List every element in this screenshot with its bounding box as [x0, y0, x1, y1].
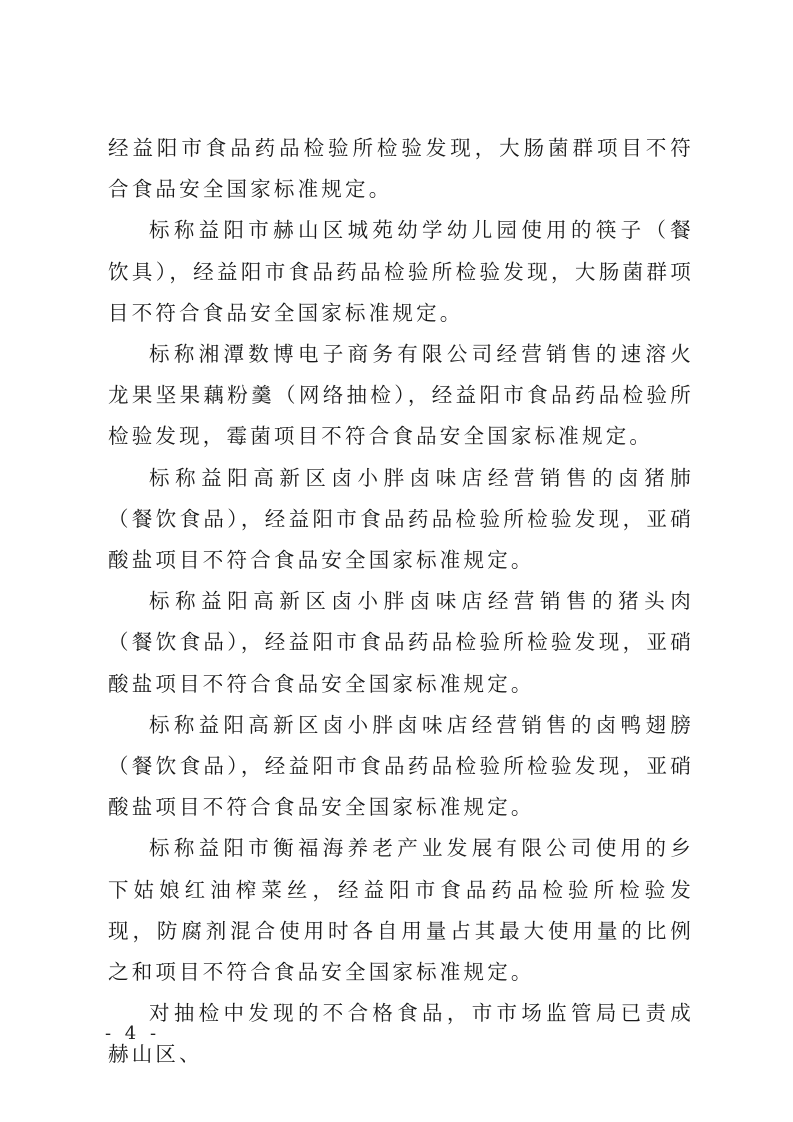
document-body: 经益阳市食品药品检验所检验发现，大肠菌群项目不符合食品安全国家标准规定。 标称益… — [108, 128, 694, 1076]
paragraph-pig-head-meat: 标称益阳高新区卤小胖卤味店经营销售的猪头肉（餐饮食品），经益阳市食品药品检验所检… — [108, 581, 694, 705]
paragraph-chopsticks: 标称益阳市赫山区城苑幼学幼儿园使用的筷子（餐饮具），经益阳市食品药品检验所检验发… — [108, 210, 694, 334]
paragraph-enforcement: 对抽检中发现的不合格食品，市市场监管局已责成赫山区、 — [108, 993, 694, 1075]
paragraph-lotus-root-powder: 标称湘潭数博电子商务有限公司经营销售的速溶火龙果坚果藕粉羹（网络抽检），经益阳市… — [108, 334, 694, 458]
paragraph-braised-pork-lung: 标称益阳高新区卤小胖卤味店经营销售的卤猪肺（餐饮食品），经益阳市食品药品检验所检… — [108, 458, 694, 582]
paragraph-pickled-mustard: 标称益阳市衡福海养老产业发展有限公司使用的乡下姑娘红油榨菜丝，经益阳市食品药品检… — [108, 828, 694, 993]
paragraph-braised-duck-wings: 标称益阳高新区卤小胖卤味店经营销售的卤鸭翅膀（餐饮食品），经益阳市食品药品检验所… — [108, 705, 694, 829]
paragraph-continuation: 经益阳市食品药品检验所检验发现，大肠菌群项目不符合食品安全国家标准规定。 — [108, 128, 694, 210]
page-number: - 4 - — [105, 1023, 160, 1044]
document-page: 经益阳市食品药品检验所检验发现，大肠菌群项目不符合食品安全国家标准规定。 标称益… — [0, 0, 793, 1122]
